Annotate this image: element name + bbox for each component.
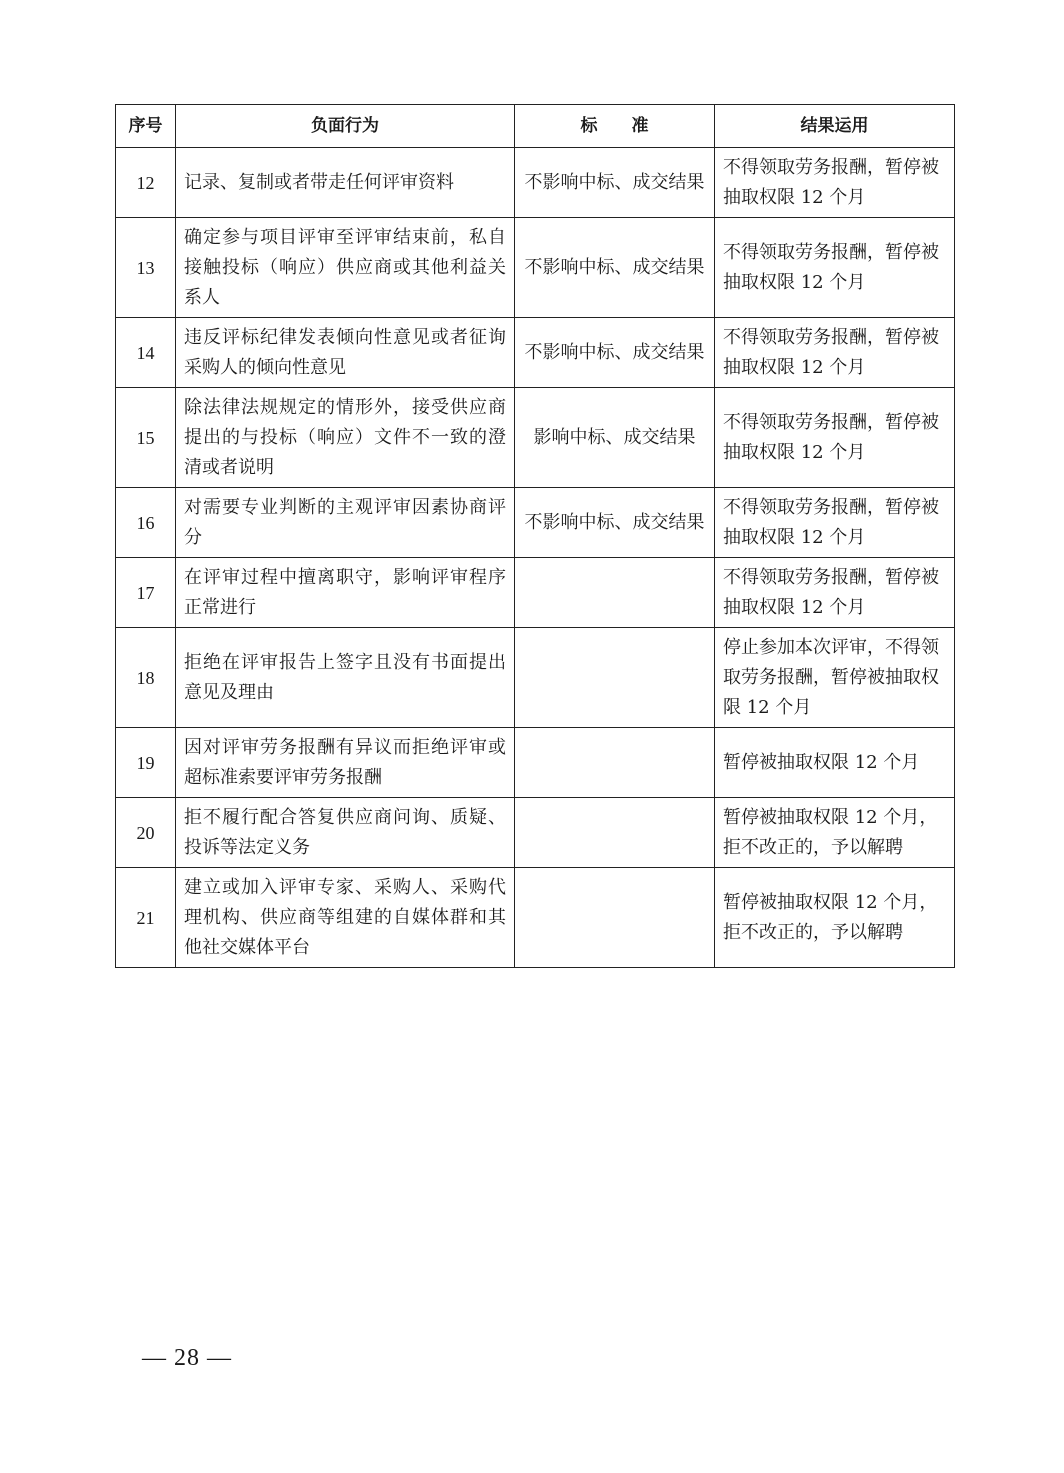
row-number: 15 [116, 388, 176, 488]
row-result: 不得领取劳务报酬，暂停被抽取权限 12 个月 [715, 148, 955, 218]
table-row: 13确定参与项目评审至评审结束前，私自接触投标（响应）供应商或其他利益关系人不影… [116, 218, 955, 318]
row-standard: 不影响中标、成交结果 [515, 488, 715, 558]
table-row: 14违反评标纪律发表倾向性意见或者征询采购人的倾向性意见不影响中标、成交结果不得… [116, 318, 955, 388]
table-header-row: 序号 负面行为 标 准 结果运用 [116, 105, 955, 148]
row-result: 停止参加本次评审，不得领取劳务报酬，暂停被抽取权限 12 个月 [715, 628, 955, 728]
row-behavior: 对需要专业判断的主观评审因素协商评分 [176, 488, 515, 558]
row-result: 不得领取劳务报酬，暂停被抽取权限 12 个月 [715, 388, 955, 488]
row-standard: 不影响中标、成交结果 [515, 218, 715, 318]
row-result: 不得领取劳务报酬，暂停被抽取权限 12 个月 [715, 318, 955, 388]
row-behavior: 拒不履行配合答复供应商问询、质疑、投诉等法定义务 [176, 798, 515, 868]
row-behavior: 除法律法规规定的情形外，接受供应商提出的与投标（响应）文件不一致的澄清或者说明 [176, 388, 515, 488]
row-number: 21 [116, 868, 176, 968]
row-standard: 不影响中标、成交结果 [515, 318, 715, 388]
table-row: 12记录、复制或者带走任何评审资料不影响中标、成交结果不得领取劳务报酬，暂停被抽… [116, 148, 955, 218]
row-behavior: 确定参与项目评审至评审结束前，私自接触投标（响应）供应商或其他利益关系人 [176, 218, 515, 318]
table-row: 18拒绝在评审报告上签字且没有书面提出意见及理由停止参加本次评审，不得领取劳务报… [116, 628, 955, 728]
row-behavior: 违反评标纪律发表倾向性意见或者征询采购人的倾向性意见 [176, 318, 515, 388]
table-row: 19因对评审劳务报酬有异议而拒绝评审或超标准索要评审劳务报酬暂停被抽取权限 12… [116, 728, 955, 798]
page-number: — 28 — [142, 1345, 232, 1372]
table-row: 17在评审过程中擅离职守，影响评审程序正常进行不得领取劳务报酬，暂停被抽取权限 … [116, 558, 955, 628]
row-standard [515, 798, 715, 868]
row-behavior: 在评审过程中擅离职守，影响评审程序正常进行 [176, 558, 515, 628]
row-result: 暂停被抽取权限 12 个月 [715, 728, 955, 798]
table-row: 20拒不履行配合答复供应商问询、质疑、投诉等法定义务暂停被抽取权限 12 个月，… [116, 798, 955, 868]
table-row: 16对需要专业判断的主观评审因素协商评分不影响中标、成交结果不得领取劳务报酬，暂… [116, 488, 955, 558]
table-row: 15除法律法规规定的情形外，接受供应商提出的与投标（响应）文件不一致的澄清或者说… [116, 388, 955, 488]
header-result: 结果运用 [715, 105, 955, 148]
row-number: 18 [116, 628, 176, 728]
header-number: 序号 [116, 105, 176, 148]
row-behavior: 拒绝在评审报告上签字且没有书面提出意见及理由 [176, 628, 515, 728]
header-behavior: 负面行为 [176, 105, 515, 148]
row-standard [515, 728, 715, 798]
header-standard: 标 准 [515, 105, 715, 148]
row-result: 不得领取劳务报酬，暂停被抽取权限 12 个月 [715, 558, 955, 628]
row-standard [515, 868, 715, 968]
row-standard [515, 558, 715, 628]
row-number: 19 [116, 728, 176, 798]
row-result: 不得领取劳务报酬，暂停被抽取权限 12 个月 [715, 218, 955, 318]
row-standard [515, 628, 715, 728]
row-behavior: 因对评审劳务报酬有异议而拒绝评审或超标准索要评审劳务报酬 [176, 728, 515, 798]
negative-behavior-table: 序号 负面行为 标 准 结果运用 12记录、复制或者带走任何评审资料不影响中标、… [115, 104, 955, 968]
row-number: 16 [116, 488, 176, 558]
row-standard: 影响中标、成交结果 [515, 388, 715, 488]
row-number: 20 [116, 798, 176, 868]
row-number: 17 [116, 558, 176, 628]
row-result: 暂停被抽取权限 12 个月，拒不改正的，予以解聘 [715, 798, 955, 868]
row-number: 14 [116, 318, 176, 388]
row-number: 12 [116, 148, 176, 218]
row-result: 不得领取劳务报酬，暂停被抽取权限 12 个月 [715, 488, 955, 558]
row-number: 13 [116, 218, 176, 318]
table-row: 21建立或加入评审专家、采购人、采购代理机构、供应商等组建的自媒体群和其他社交媒… [116, 868, 955, 968]
row-result: 暂停被抽取权限 12 个月，拒不改正的，予以解聘 [715, 868, 955, 968]
row-behavior: 记录、复制或者带走任何评审资料 [176, 148, 515, 218]
row-behavior: 建立或加入评审专家、采购人、采购代理机构、供应商等组建的自媒体群和其他社交媒体平… [176, 868, 515, 968]
row-standard: 不影响中标、成交结果 [515, 148, 715, 218]
